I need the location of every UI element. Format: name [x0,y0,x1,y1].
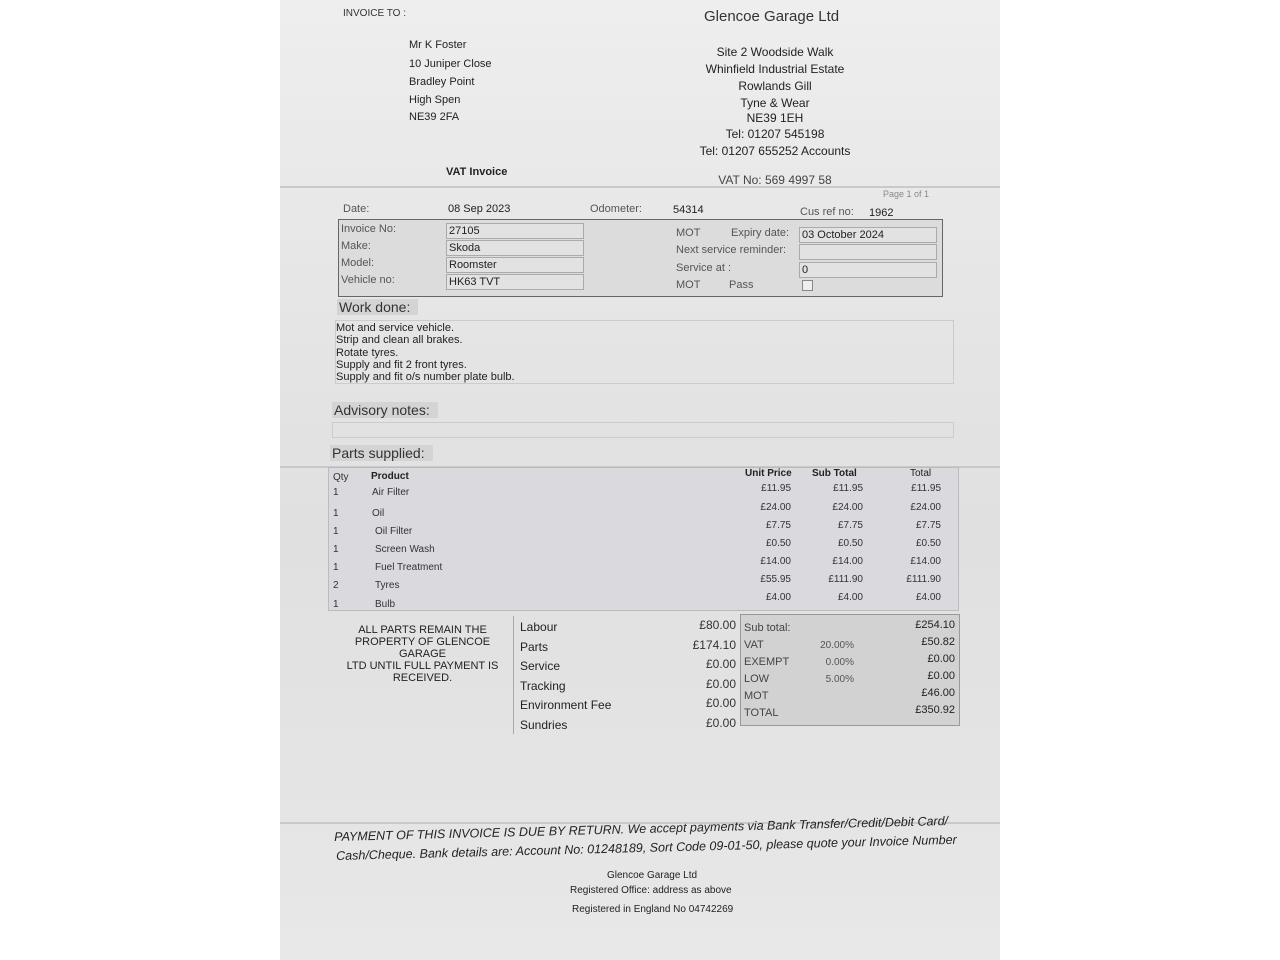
parts-sub-total: £0.50 [799,538,863,549]
parts-sub-total: £4.00 [799,592,863,603]
parts-total: £111.90 [877,574,941,585]
col-product: Product [371,471,409,482]
totals-label: MOT [744,690,768,702]
ownership-notice: ALL PARTS REMAIN THE PROPERTY OF GLENCOE… [330,614,512,686]
cus-ref-value: 1962 [869,207,893,219]
page-number: Page 1 of 1 [883,189,929,199]
parts-sub-total: £14.00 [799,556,863,567]
parts-qty: 1 [333,487,339,498]
totals-label: LOW [744,673,769,685]
col-unit-price: Unit Price [745,468,792,479]
parts-qty: 1 [333,544,339,555]
parts-total: £11.95 [877,483,941,494]
parts-unit-price: £7.75 [727,520,791,531]
totals-label: Sub total: [744,622,790,634]
company-address-line: Tyne & Wear [675,95,875,111]
ownership-line: ALL PARTS REMAIN THE [330,624,515,636]
cus-ref-label: Cus ref no: [800,206,854,218]
parts-qty: 1 [333,508,339,519]
date-label: Date: [343,203,369,215]
invoice-page: INVOICE TO : Glencoe Garage Ltd Mr K Fos… [280,0,1000,960]
parts-total: £4.00 [877,592,941,603]
registration-number: Registered in England No 04742269 [572,904,733,915]
company-tel: Tel: 01207 545198 [675,126,875,143]
customer-address-line: Bradley Point [409,76,474,88]
customer-name: Mr K Foster [409,39,466,51]
totals-panel: Sub total:£254.10VAT20.00%£50.82EXEMPT0.… [740,614,960,726]
parts-unit-price: £4.00 [727,592,791,603]
charge-label: Labour [520,620,557,634]
totals-label: VAT [744,639,764,651]
parts-unit-price: £11.95 [727,483,791,494]
work-done-item: Mot and service vehicle. [336,322,515,334]
charge-value: £0.00 [654,696,736,710]
parts-sub-total: £7.75 [799,520,863,531]
company-address: Site 2 Woodside Walk Whinfield Industria… [675,44,875,188]
parts-product: Air Filter [372,487,409,498]
charge-label: Environment Fee [520,698,611,712]
mot-label: MOT [676,227,700,239]
mot-pass-checkbox [802,280,813,291]
parts-unit-price: £24.00 [727,502,791,513]
work-done-item: Supply and fit 2 front tyres. [336,359,515,371]
totals-label: EXEMPT [744,656,789,668]
work-done-label: Work done: [337,299,418,315]
model-value: Roomster [446,257,584,273]
customer-address-line: High Spen [409,94,460,106]
charge-value: £0.00 [654,716,736,730]
totals-rate: 20.00% [799,640,854,651]
col-qty: Qty [333,472,349,483]
charge-label: Sundries [520,718,567,732]
company-tel-accounts: Tel: 01207 655252 Accounts [675,143,875,159]
fold-line [280,186,1000,188]
parts-qty: 2 [333,580,339,591]
totals-value: £254.10 [871,619,955,631]
service-at-value: 0 [799,262,937,278]
invoice-no-value: 27105 [446,223,584,239]
parts-unit-price: £14.00 [727,556,791,567]
totals-value: £0.00 [871,670,955,682]
customer-address-line: 10 Juniper Close [409,58,492,70]
parts-product: Fuel Treatment [375,562,442,573]
parts-qty: 1 [333,599,339,610]
parts-unit-price: £55.95 [727,574,791,585]
company-address-line: Rowlands Gill [675,78,875,95]
charge-value: £80.00 [654,618,736,632]
charge-label: Service [520,659,560,673]
next-service-label: Next service reminder: [676,244,786,256]
parts-sub-total: £11.95 [799,483,863,494]
totals-value: £46.00 [871,687,955,699]
invoice-to-label: INVOICE TO : [343,8,406,19]
vehicle-details-box: Invoice No: 27105 Make: Skoda Model: Roo… [338,219,943,297]
parts-product: Oil Filter [375,526,412,537]
mot-pass-label: MOT [676,279,700,291]
col-total: Total [910,468,931,479]
totals-value: £0.00 [871,653,955,665]
customer-postcode: NE39 2FA [409,111,459,123]
charge-label: Parts [520,640,548,654]
ownership-line: RECEIVED. [330,672,515,684]
parts-total: £7.75 [877,520,941,531]
make-label: Make: [341,240,371,252]
parts-total: £14.00 [877,556,941,567]
work-done-item: Strip and clean all brakes. [336,334,515,346]
company-name: Glencoe Garage Ltd [704,8,839,25]
odometer-label: Odometer: [590,203,642,215]
vehicle-no-value: HK63 TVT [446,274,584,290]
charge-value: £174.10 [654,638,736,652]
registered-office: Registered Office: address as above [570,885,732,896]
date-value: 08 Sep 2023 [448,203,510,215]
parts-total: £0.50 [877,538,941,549]
grand-total-value: £350.92 [871,704,955,716]
charge-value: £0.00 [654,657,736,671]
make-value: Skoda [446,240,584,256]
odometer-value: 54314 [673,204,704,216]
parts-sub-total: £24.00 [799,502,863,513]
parts-qty: 1 [333,562,339,573]
work-done-list: Mot and service vehicle. Strip and clean… [336,322,515,383]
col-sub-total: Sub Total [812,468,857,479]
totals-rate: 5.00% [799,674,854,685]
parts-product: Screen Wash [375,544,435,555]
company-address-line: Whinfield Industrial Estate [675,61,875,78]
mot-expiry-value: 03 October 2024 [799,227,937,243]
invoice-no-label: Invoice No: [341,223,396,235]
ownership-line: LTD UNTIL FULL PAYMENT IS [330,660,515,672]
next-service-value [799,244,937,260]
parts-product: Tyres [375,580,399,591]
totals-value: £50.82 [871,636,955,648]
work-done-item: Supply and fit o/s number plate bulb. [336,371,515,383]
footer-company-name: Glencoe Garage Ltd [607,870,697,881]
parts-total: £24.00 [877,502,941,513]
totals-rate: 0.00% [799,657,854,668]
vehicle-no-label: Vehicle no: [341,274,395,286]
pass-label: Pass [729,279,753,291]
parts-unit-price: £0.50 [727,538,791,549]
document-type: VAT Invoice [446,166,507,178]
company-address-line: Site 2 Woodside Walk [675,44,875,61]
service-at-label: Service at : [676,262,731,274]
parts-table: Qty Product Unit Price Sub Total Total 1… [328,467,959,611]
totals-label: TOTAL [744,707,778,719]
advisory-notes-box [332,422,954,438]
parts-qty: 1 [333,526,339,537]
background [1000,0,1280,960]
advisory-notes-label: Advisory notes: [332,402,438,418]
work-done-item: Rotate tyres. [336,347,515,359]
company-postcode: NE39 1EH [675,111,875,125]
charge-label: Tracking [520,679,566,693]
parts-supplied-label: Parts supplied: [330,445,433,461]
charge-value: £0.00 [654,677,736,691]
parts-product: Oil [372,508,384,519]
charges-panel: Labour£80.00Parts£174.10Service£0.00Trac… [513,616,740,734]
parts-sub-total: £111.90 [799,574,863,585]
model-label: Model: [341,257,374,269]
expiry-label: Expiry date: [731,227,789,239]
ownership-line: PROPERTY OF GLENCOE GARAGE [330,636,515,660]
parts-product: Bulb [375,599,395,610]
